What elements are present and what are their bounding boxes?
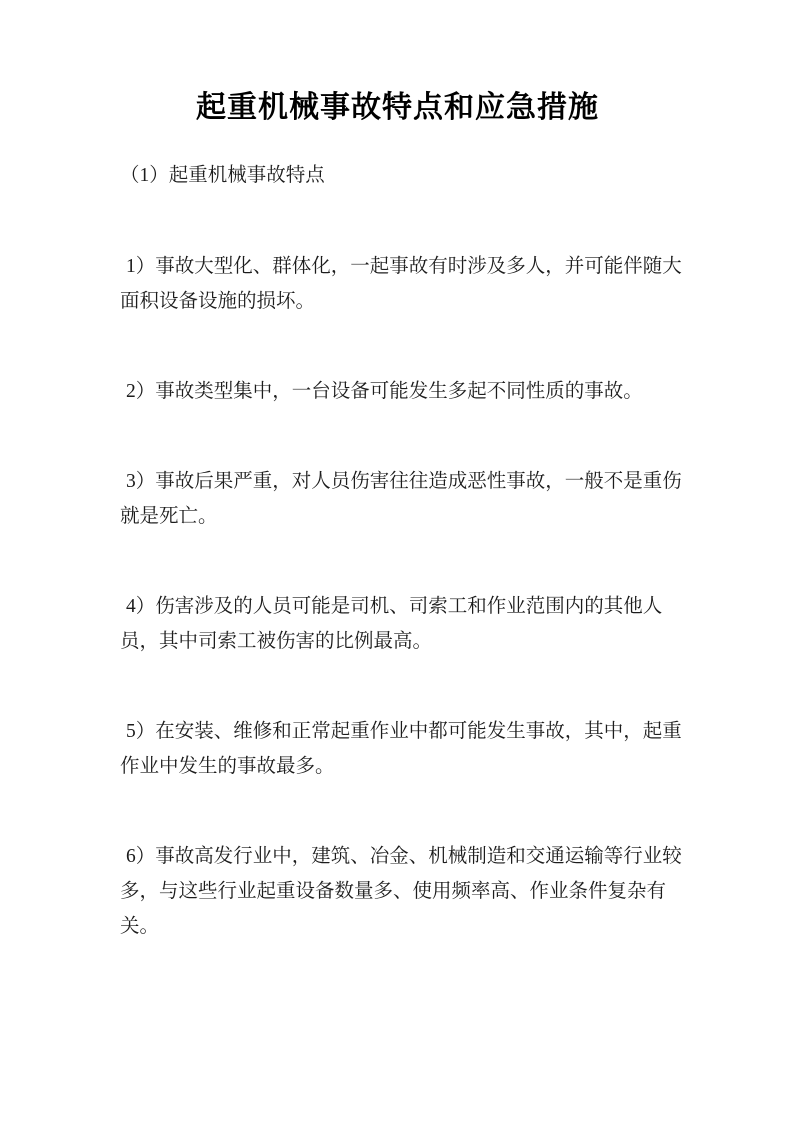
paragraph-line: 就是死亡。 bbox=[120, 499, 675, 534]
paragraph-2: 2）事故类型集中，一台设备可能发生多起不同性质的事故。 bbox=[120, 374, 675, 409]
paragraph-line: 员，其中司索工被伤害的比例最高。 bbox=[120, 624, 675, 659]
paragraph-line: 作业中发生的事故最多。 bbox=[120, 749, 675, 784]
paragraph-1: 1）事故大型化、群体化，一起事故有时涉及多人，并可能伴随大 面积设备设施的损坏。 bbox=[120, 249, 675, 319]
paragraph-line: 1）事故大型化、群体化，一起事故有时涉及多人，并可能伴随大 bbox=[120, 249, 675, 284]
paragraph-5: 5）在安装、维修和正常起重作业中都可能发生事故，其中，起重 作业中发生的事故最多… bbox=[120, 714, 675, 784]
paragraph-line: 6）事故高发行业中，建筑、冶金、机械制造和交通运输等行业较 bbox=[120, 839, 675, 874]
paragraph-6: 6）事故高发行业中，建筑、冶金、机械制造和交通运输等行业较 多，与这些行业起重设… bbox=[120, 839, 675, 944]
paragraph-line: 5）在安装、维修和正常起重作业中都可能发生事故，其中，起重 bbox=[120, 714, 675, 749]
paragraph-line: 多，与这些行业起重设备数量多、使用频率高、作业条件复杂有 bbox=[120, 874, 675, 909]
paragraph-line: 4）伤害涉及的人员可能是司机、司索工和作业范围内的其他人 bbox=[120, 589, 675, 624]
document-page: 起重机械事故特点和应急措施 （1）起重机械事故特点 1）事故大型化、群体化，一起… bbox=[0, 0, 793, 1122]
paragraph-line: 关。 bbox=[120, 909, 675, 944]
paragraph-line: 面积设备设施的损坏。 bbox=[120, 284, 675, 319]
paragraph-3: 3）事故后果严重，对人员伤害往往造成恶性事故，一般不是重伤 就是死亡。 bbox=[120, 464, 675, 534]
section-heading: （1）起重机械事故特点 bbox=[120, 158, 675, 193]
document-title: 起重机械事故特点和应急措施 bbox=[120, 88, 675, 128]
paragraph-4: 4）伤害涉及的人员可能是司机、司索工和作业范围内的其他人 员，其中司索工被伤害的… bbox=[120, 589, 675, 659]
paragraph-line: 2）事故类型集中，一台设备可能发生多起不同性质的事故。 bbox=[120, 374, 675, 409]
paragraph-line: 3）事故后果严重，对人员伤害往往造成恶性事故，一般不是重伤 bbox=[120, 464, 675, 499]
